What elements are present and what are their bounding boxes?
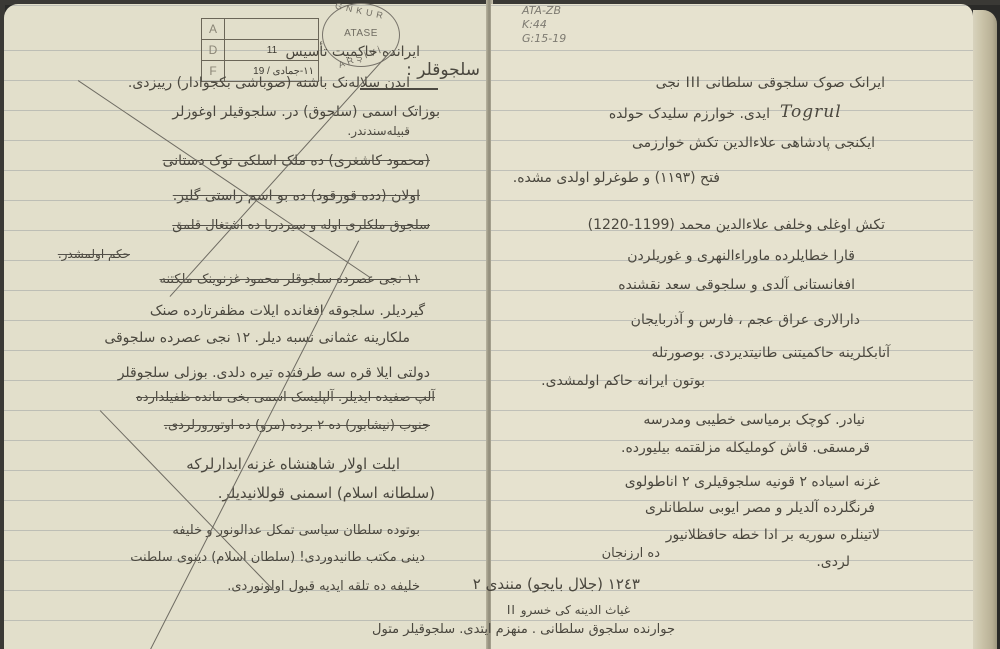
left-line-6: اولان (دده قورقود) ده بو اسم راستی گلیر.: [173, 188, 420, 204]
right-line-8: دارالاری عراق عجم ، فارس و آذربایجان: [631, 312, 860, 328]
seal-center-text: ATASE: [323, 28, 399, 39]
right-line-17: ده ارزنجان: [602, 546, 660, 561]
right-line-7: افغانستانی آلدی و سلجوقی سعد نقشنده: [618, 277, 855, 293]
right-line-19: II غیاث الدینه کی خسرو: [507, 603, 630, 617]
reference-folder: G:15-19: [522, 32, 566, 46]
right-line-15: لاتینلره سوریه بر ادا خطه حافظلانیور: [666, 527, 880, 543]
right-line-2: ایدی. خوارزم سلیدک حولده: [609, 106, 770, 122]
right-line-14: فرنگلرده آلدیلر و مصر ایوبی سلطانلری: [645, 500, 875, 516]
registry-value: [230, 19, 314, 39]
notebook-spread: A D 11 F 19 / ١١-جمادى GNKUR ATASE ARŞİV…: [0, 0, 1000, 649]
right-line-5: تکش اوغلی وخلفی علاءالدین محمد (1199-122…: [588, 217, 885, 233]
left-line-15: ایلت اولار شاهنشاه غزنه ایدارلرکه: [186, 455, 400, 473]
left-line-18: دینی مکتب طانیدوردی! (سلطان اسلام) دینوی…: [130, 550, 425, 565]
archive-reference: ATA-ZB K:44 G:15-19: [522, 4, 566, 46]
page-stack-edge: [973, 10, 997, 649]
right-line-4: فتح (١١٩٣) و طوغرلو اولدی مشده.: [513, 170, 720, 186]
right-line-11: نیادر. کوچک برمیاسی خطیبی ومدرسه: [643, 412, 865, 428]
right-line-18: ١٢٤٣ (جلال بایجو) منندی ٢: [473, 575, 640, 593]
left-line-10: گیردیلر. سلجوقه افغانده ایلات مظفرتارده …: [150, 303, 425, 319]
registry-key: D: [202, 40, 225, 60]
left-line-13: آلپ صفیده ایدیلر. آلپلیسک اسمی بخی مانده…: [136, 390, 435, 405]
right-line-12: قرمسقی. قاش کوملیکله مزلقتمه بیلیورده.: [621, 440, 870, 456]
left-heading: سلجوقلر :: [406, 60, 480, 80]
left-line-9: ١١ نجی عصرده سلجوقلر محمود غزنوینک ملکتن…: [159, 272, 420, 287]
right-line-20: جوارنده سلجوق سلطانی . منهزم ایتدی. سلجو…: [372, 622, 675, 637]
right-line-2-latin: Togrul: [780, 102, 842, 122]
right-line-10: بوتون ایرانه حاکم اولمشدی.: [541, 373, 705, 389]
registry-key: A: [202, 19, 225, 39]
left-line-14: جنوب (نیشابور) ده ٢ برده (مرو) ده اوتورو…: [164, 418, 430, 433]
reference-collection: ATA-ZB: [522, 4, 566, 18]
left-line-1: ایرانده حاکمیت تأسیس: [286, 44, 421, 60]
left-line-12: دولتی ایلا قره سه طرفنده تیره دلدی. بوزل…: [118, 365, 430, 381]
reference-box: K:44: [522, 18, 566, 32]
left-line-3: بوزاتک اسمی (سلجوق) در. سلجوقیلر اوغوزلر: [172, 104, 440, 120]
right-line-1: ایرانک صوک سلجوقی سلطانی III نجی: [656, 75, 885, 91]
left-line-11: ملکارینه عثمانی نسبه دیلر. ١٢ نجی عصرده …: [104, 330, 410, 346]
right-line-16: لردی.: [816, 554, 850, 570]
left-line-19: خلیفه ده تلقه ایدیه قبول اولونوردی.: [227, 579, 420, 594]
right-line-6: قارا خطایلرده ماوراءالنهری و غوریلردن: [627, 248, 855, 264]
right-line-9: آتابکلرینه حاکمیتنی طانیتدیردی. بوصورتله: [652, 345, 890, 361]
right-line-3: ایکنجی پادشاهی علاءالدین تکش خوارزمی: [632, 135, 875, 151]
left-line-8: حکم اولمشدر.: [58, 247, 130, 261]
registry-row-a: A: [202, 19, 318, 40]
left-line-4: قبیلەسندندر.: [347, 124, 410, 138]
right-line-13: غزنه اسیاده ٢ قونیه سلجوقیلری ٢ اناطولوی: [625, 474, 880, 490]
left-line-16: (سلطانه اسلام) اسمنی قوللانیدیلر.: [218, 484, 435, 502]
